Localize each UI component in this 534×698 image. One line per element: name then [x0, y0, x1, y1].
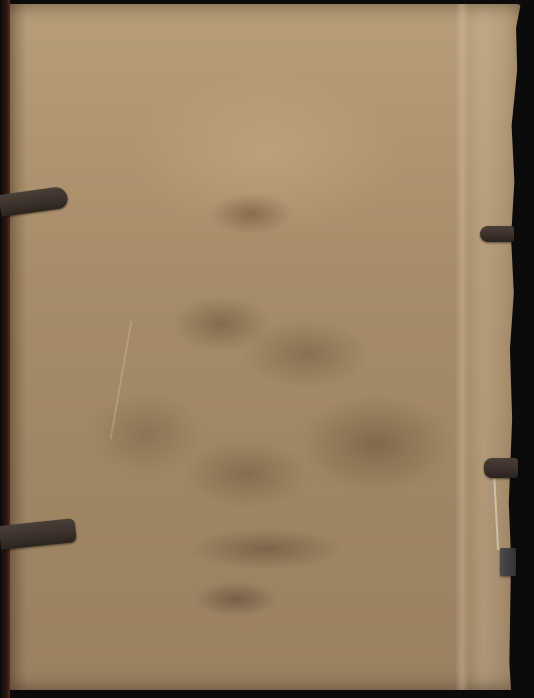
book-left-edge	[0, 0, 10, 698]
leather-tie-right-top	[480, 226, 514, 242]
cover-fold-line	[455, 4, 469, 690]
photo-scene	[0, 0, 534, 698]
vellum-book-cover	[6, 4, 524, 690]
leather-tie-right-middle	[484, 458, 518, 478]
metal-clasp-right-bottom	[500, 548, 516, 576]
